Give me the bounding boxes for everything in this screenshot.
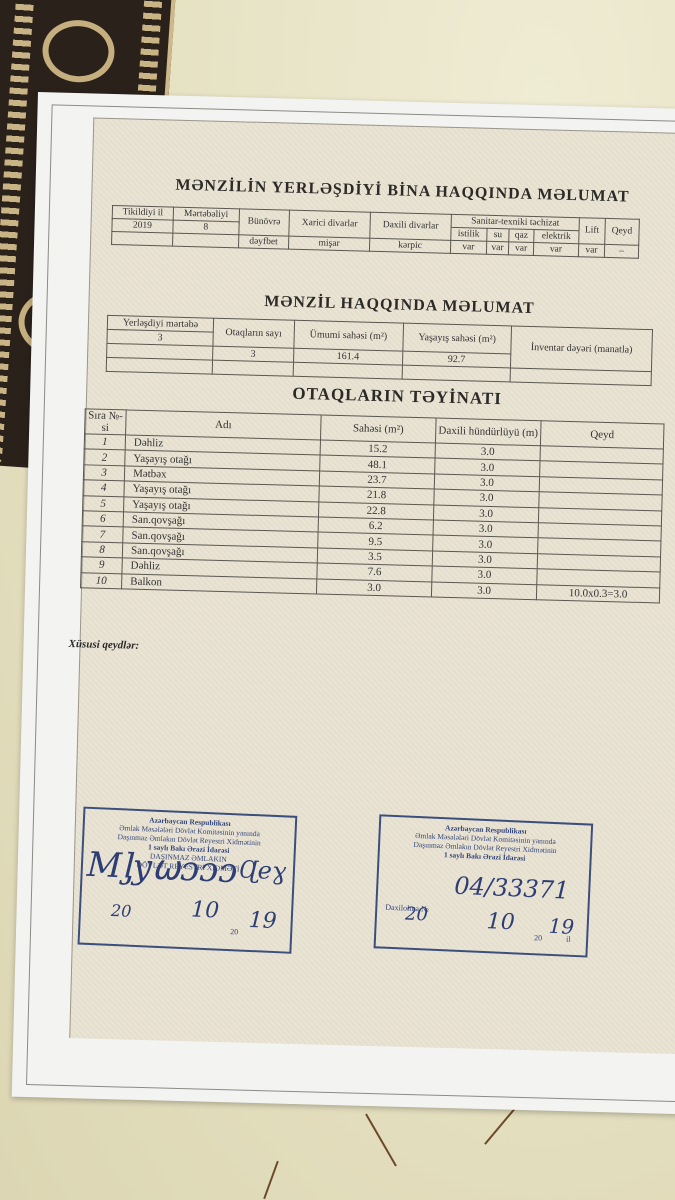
value-exterior-walls: mişar: [288, 236, 369, 251]
header-living-area: Yaşayış sahəsi (m²): [402, 323, 512, 354]
apartment-info-table: Yerləşdiyi mərtəbə Otaqların sayı Ümumi …: [106, 315, 653, 386]
room-number-cell: 1: [84, 434, 125, 450]
value-heating: var: [450, 240, 486, 254]
stamp-year-unit: il: [566, 935, 571, 944]
header-room-area: Sahəsi (m²): [320, 415, 436, 443]
value-electricity: var: [533, 243, 579, 257]
stamp-year-suffix: 19: [548, 922, 574, 932]
room-number-cell: 6: [82, 511, 123, 527]
header-interior-walls: Daxili divarlar: [370, 212, 452, 240]
value-interior-walls: kərpic: [369, 238, 450, 253]
header-exterior-walls: Xarici divarlar: [289, 210, 371, 238]
value-water: var: [486, 241, 509, 255]
room-number-cell: 7: [82, 526, 123, 542]
header-row-number: Sıra №-si: [85, 409, 127, 435]
document-paper: MƏNZİLİN YERLƏŞDİYİ BİNA HAQQINDA MƏLUMA…: [69, 117, 675, 1054]
header-heating: istilik: [451, 227, 487, 241]
stamp-year-prefix: 20: [230, 927, 238, 936]
header-total-area: Ümumi sahəsi (m²): [294, 320, 403, 351]
room-number-cell: 3: [83, 465, 124, 481]
document-frame: MƏNZİLİN YERLƏŞDİYİ BİNA HAQQINDA MƏLUMA…: [12, 92, 675, 1114]
building-info-title: MƏNZİLİN YERLƏŞDİYİ BİNA HAQQINDA MƏLUMA…: [92, 174, 675, 208]
stamp-year-prefix: 20: [534, 933, 542, 942]
value-lift: var: [578, 244, 604, 258]
signature: Mᶅy⍵ɔɔɔ: [87, 861, 238, 877]
header-room-count: Otaqların sayı: [213, 318, 295, 348]
stamp-year-suffix: 19: [249, 916, 277, 926]
header-lift: Lift: [579, 218, 605, 245]
value-foundation: dəyfbet: [238, 235, 289, 249]
header-room-note: Qeyd: [540, 421, 664, 449]
room-number-cell: 9: [81, 557, 122, 573]
stamp-day: 20: [111, 906, 132, 916]
value-inventory-value: [510, 368, 651, 386]
header-electricity: elektrik: [533, 230, 579, 244]
room-number-cell: 2: [84, 449, 125, 465]
registry-number: 04/33371: [454, 882, 569, 896]
room-height-cell: 3.0: [431, 581, 536, 599]
registry-stamp-left: Azərbaycan Respublikası Əmlak Məsələləri…: [78, 807, 298, 954]
header-gas: qaz: [509, 229, 534, 243]
header-water: su: [486, 228, 509, 242]
room-number-cell: 5: [83, 495, 124, 511]
header-note: Qeyd: [604, 218, 639, 245]
stamp-month: 10: [487, 917, 515, 927]
value-gas: var: [509, 242, 534, 256]
stamp-day: 20: [405, 910, 428, 920]
stamp-month: 10: [191, 905, 219, 915]
header-room-height: Daxili hündürlüyü (m): [435, 418, 541, 446]
room-number-cell: 10: [81, 572, 122, 588]
value-note: –: [604, 244, 639, 258]
room-note-cell: 10.0x0.3=3.0: [536, 584, 659, 603]
special-notes-label: Xüsusi qeydlər:: [68, 638, 139, 652]
building-info-table: Tikildiyi il Mərtəbəliyi Bünövrə Xarici …: [111, 205, 640, 259]
rooms-table: Sıra №-si Adı Sahəsi (m²) Daxili hündürl…: [80, 408, 665, 603]
registry-stamp-right: Azərbaycan Respublikası Əmlak Məsələləri…: [374, 814, 594, 957]
header-foundation: Bünövrə: [239, 209, 290, 236]
header-inventory-value: İnventar dəyəri (manatla): [511, 326, 653, 372]
signature: Ɋeɣ: [239, 865, 287, 876]
room-number-cell: 8: [81, 542, 122, 558]
room-area-cell: 3.0: [316, 578, 431, 596]
room-number-cell: 4: [83, 480, 124, 496]
